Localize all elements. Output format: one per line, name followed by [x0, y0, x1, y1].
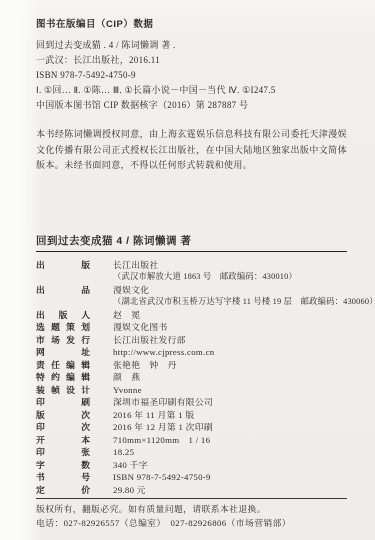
colophon-row-format: 开本710mm×1120mm 1 / 16: [36, 434, 347, 447]
row-label: 网址: [36, 346, 90, 359]
row-label: 出版人: [36, 309, 90, 322]
colophon-row-publisher-person: 出版人赵 冕: [36, 309, 347, 322]
row-label: 装帧设计: [36, 384, 90, 397]
row-value: 2016 年 11 月第 1 版: [113, 409, 194, 422]
row-label: 印次: [36, 421, 90, 434]
colophon-row-impression: 印次2016 年 12 月第 1 次印刷: [36, 421, 347, 434]
row-label: 印张: [36, 446, 90, 459]
colophon-row-producer: 出品漫娱文化: [36, 284, 347, 297]
cip-classification-line: Ⅰ. ①回… Ⅱ. ①陈… Ⅲ. ①长篇小说－中国－当代 Ⅳ. ①I247.5: [36, 83, 347, 98]
footer-divider: [36, 498, 347, 499]
colophon-row-design: 装帧设计Yvonne: [36, 384, 347, 397]
row-label: 责任编辑: [36, 359, 90, 372]
row-value: 颜 燕: [113, 371, 140, 384]
row-value: 长江出版社发行部: [113, 334, 186, 347]
publisher-address: （武汉市解放大道 1863 号 邮政编码：430010）: [36, 271, 347, 284]
copyright-notice: 版权所有，翻版必究。如有质量问题，请联系本社退换。: [36, 503, 347, 517]
row-label: 特约编辑: [36, 371, 90, 384]
row-value: 赵 冕: [113, 309, 140, 322]
row-value: 漫娱文化图书: [113, 321, 168, 334]
colophon-row-isbn: 书号ISBN 978-7-5492-4750-9: [36, 471, 347, 484]
row-value: 长江出版社: [113, 259, 159, 272]
website-url: http://www.cjpress.com.cn: [113, 346, 214, 359]
row-value: ISBN 978-7-5492-4750-9: [113, 471, 211, 484]
colophon-row-special-editor: 特约编辑颜 燕: [36, 371, 347, 384]
cip-title-line: 回到过去变成猫 . 4 / 陈词懒调 著 .: [36, 38, 347, 53]
row-label: 市场发行: [36, 334, 90, 347]
row-label: 字数: [36, 459, 90, 472]
cip-block: 图书在版编目（CIP）数据 回到过去变成猫 . 4 / 陈词懒调 著 . 一武汉…: [36, 18, 347, 113]
colophon-row-sheets: 印张18.25: [36, 446, 347, 459]
row-label: 开本: [36, 434, 90, 447]
cip-header: 图书在版编目（CIP）数据: [36, 18, 347, 32]
producer-address: （湖北省武汉市积玉桥万达写字楼 11 号楼 19 层 邮政编码：430060）: [36, 296, 347, 309]
row-value: 18.25: [113, 446, 134, 459]
colophon-table: 出版长江出版社 （武汉市解放大道 1863 号 邮政编码：430010） 出品漫…: [36, 259, 347, 497]
row-value: 340 千字: [113, 459, 148, 472]
row-label: 选题策划: [36, 321, 90, 334]
colophon-row-publisher: 出版长江出版社: [36, 259, 347, 272]
cip-publisher-line: 一武汉：长江出版社，2016.11: [36, 53, 347, 68]
row-value: 29.80 元: [113, 484, 146, 497]
row-value: 深圳市福圣印刷有限公司: [113, 396, 213, 409]
book-copyright-page: 图书在版编目（CIP）数据 回到过去变成猫 . 4 / 陈词懒调 著 . 一武汉…: [0, 0, 375, 540]
colophon-row-edition: 版次2016 年 11 月第 1 版: [36, 409, 347, 422]
row-label: 印刷: [36, 396, 90, 409]
row-value: 张艳艳 钟 丹: [113, 359, 177, 372]
colophon-row-topic-planning: 选题策划漫娱文化图书: [36, 321, 347, 334]
row-label: 书号: [36, 471, 90, 484]
row-value: 2016 年 12 月第 1 次印刷: [113, 421, 213, 434]
colophon-row-word-count: 字数340 千字: [36, 459, 347, 472]
cip-isbn-line: ISBN 978-7-5492-4750-9: [36, 68, 347, 83]
row-value: Yvonne: [113, 384, 142, 397]
row-label: 出品: [36, 284, 90, 297]
colophon-row-editor: 责任编辑张艳艳 钟 丹: [36, 359, 347, 372]
colophon-row-distribution: 市场发行长江出版社发行部: [36, 334, 347, 347]
row-label: 版次: [36, 409, 90, 422]
contact-phones: 电话：027-82926557（总编室） 027-82926806（市场营销部）: [36, 517, 347, 531]
colophon-row-printing: 印刷深圳市福圣印刷有限公司: [36, 396, 347, 409]
book-title-line: 回到过去变成猫 4 / 陈词懒调 著: [36, 234, 347, 252]
row-label: 出版: [36, 259, 90, 272]
row-value: 710mm×1120mm 1 / 16: [113, 434, 210, 447]
authorization-notice: 本书经陈词懒调授权同意，由上海玄霆娱乐信息科技有限公司委托天津漫娱文化传播有限公…: [36, 127, 347, 174]
colophon-row-price: 定价29.80 元: [36, 484, 347, 497]
footer-notices: 版权所有，翻版必究。如有质量问题，请联系本社退换。 电话：027-8292655…: [36, 503, 347, 530]
colophon-row-website: 网址http://www.cjpress.com.cn: [36, 346, 347, 359]
row-value: 漫娱文化: [113, 284, 149, 297]
cip-record-number-line: 中国版本图书馆 CIP 数据核字（2016）第 287887 号: [36, 98, 347, 113]
row-label: 定价: [36, 484, 90, 497]
